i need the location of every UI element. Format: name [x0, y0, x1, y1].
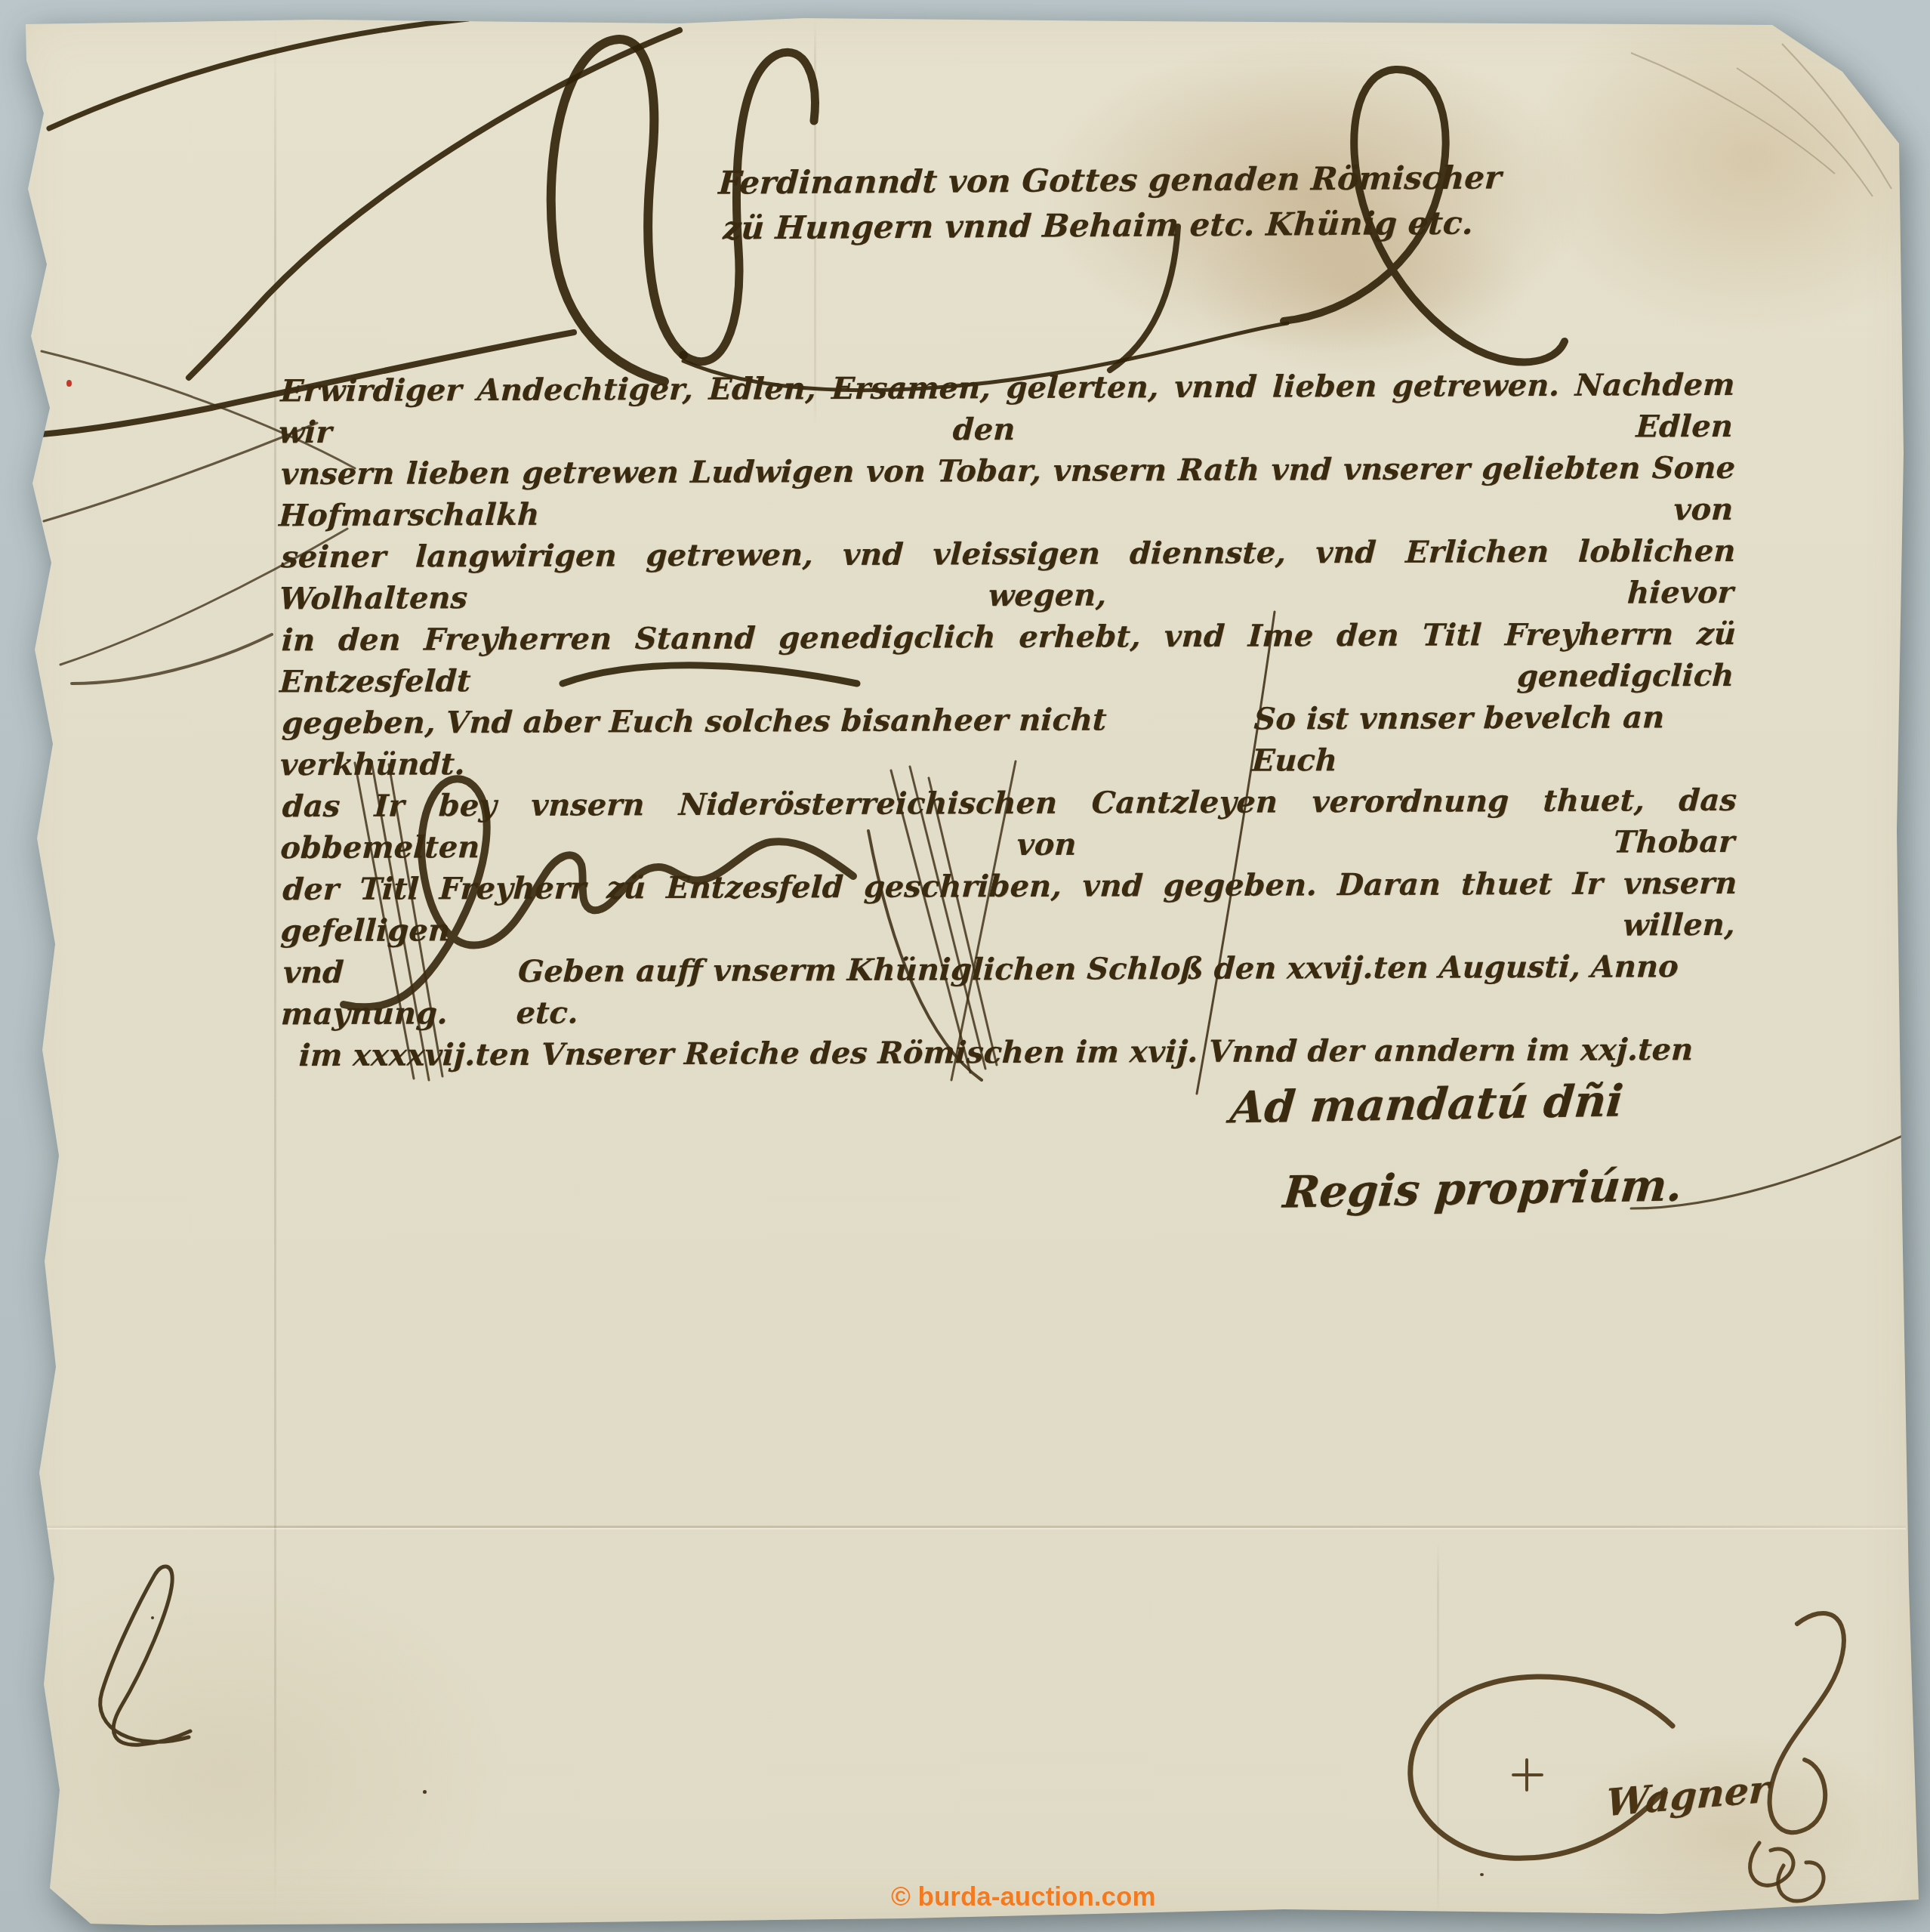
- countersignature-flourish: [1411, 1613, 1844, 1901]
- body-line: in den Freyherren Stannd genedigclich er…: [279, 613, 1737, 702]
- body-line-right: So ist vnnser bevelch an Euch: [1251, 696, 1737, 782]
- watermark-text: © burda-auction.com: [891, 1882, 1156, 1912]
- body-line: im xxxxvij.ten Vnserer Reiche des Römisc…: [282, 1029, 1738, 1076]
- bottom-left-pen-mark: [100, 1566, 190, 1745]
- chancery-note-line-2: Regis propriúm.: [1281, 1159, 1685, 1218]
- manuscript-paper: Ferdinanndt von Gottes genaden Römischer…: [0, 0, 1930, 1932]
- heading-line-2: zü Hungern vnnd Behaim etc. Khünig etc.: [722, 205, 1474, 247]
- chancery-note-line-1: Ad mandatú dñi: [1229, 1075, 1626, 1133]
- paper-shadow: Ferdinanndt von Gottes genaden Römischer…: [0, 0, 1930, 1932]
- body-line-left: gegeben, Vnd aber Euch solches bisanheer…: [279, 699, 1254, 786]
- corner-crease-lines: [1631, 44, 1891, 196]
- body-line: der Titl Freyherr zü Entzesfeld geschrib…: [279, 863, 1737, 952]
- body-line: vnsern lieben getrewen Ludwigen von Toba…: [278, 447, 1736, 536]
- body-line: das Ir bey vnsern Niderösterreichischen …: [279, 779, 1737, 869]
- photo-stage: Ferdinanndt von Gottes genaden Römischer…: [0, 0, 1930, 1932]
- body-line: seiner langwirigen getrewen, vnd vleissi…: [279, 530, 1737, 619]
- body-line: vnd maynung. Geben auff vnserm Khüniglic…: [280, 946, 1738, 1035]
- body-line-left: vnd maynung.: [280, 951, 519, 1035]
- body-line: gegeben, Vnd aber Euch solches bisanheer…: [279, 696, 1737, 785]
- body-line-right: Geben auff vnserm Khüniglichen Schloß de…: [515, 946, 1738, 1034]
- letter-body: Erwirdiger Andechtiger, Edlen, Ersamen, …: [279, 364, 1737, 1076]
- heading-line-1: Ferdinanndt von Gottes genaden Römischer: [717, 159, 1503, 201]
- body-line: Erwirdiger Andechtiger, Edlen, Ersamen, …: [278, 364, 1736, 453]
